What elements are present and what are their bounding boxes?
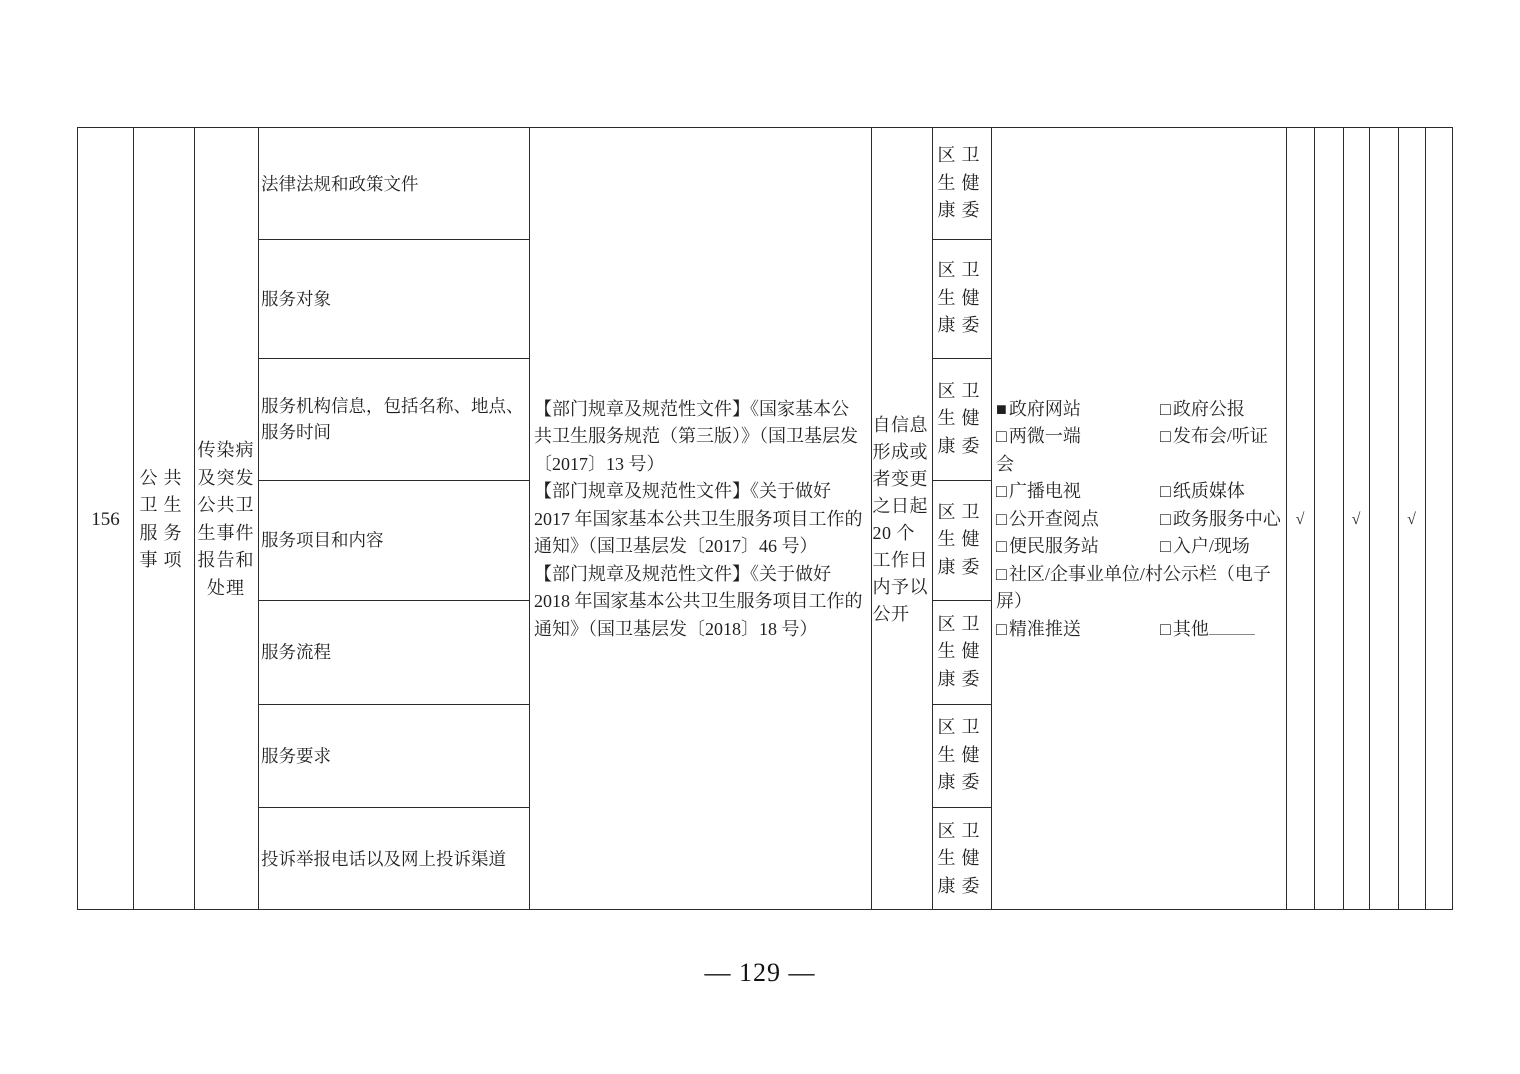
sub-item-label: 服务机构信息，包括名称、地点、服务时间 (261, 393, 528, 445)
channels-row: □精准推送□其他 (996, 616, 1284, 644)
sub-item-cell: 服务对象 (258, 239, 529, 358)
sub-item-cell: 法律法规和政策文件 (258, 128, 529, 239)
sub-item-label: 法律法规和政策文件 (261, 171, 419, 197)
channel-item: □社区/企事业单位/村公示栏（电子屏） (996, 564, 1271, 612)
channel-item: □便民服务站 (996, 533, 1160, 561)
disclosure-timeline-text: 自信息形成或者变更之日起20 个工作日内予以公开 (873, 412, 931, 628)
channel-item: □两微一端 (996, 423, 1160, 451)
channels-row: □两微一端□发布会/听证会 (996, 423, 1284, 478)
channel-label: 政府公报 (1173, 399, 1245, 419)
legal-basis-entry: 【部门规章及规范性文件】《国家基本公共卫生服务规范（第三版）》（国卫基层发〔20… (534, 396, 866, 479)
disclosure-timeline-cell: 自信息形成或者变更之日起20 个工作日内予以公开 (871, 128, 932, 911)
channel-item: □入户/现场 (1160, 536, 1250, 556)
checkbox-checked-icon: ■ (996, 399, 1007, 419)
item-name-cell: 传染病及突发公共卫生事件报告和处理 (194, 128, 258, 911)
checkbox-icon: □ (1160, 509, 1171, 529)
check-column-cell (1314, 128, 1343, 911)
channels-row: □公开查阅点□政务服务中心 (996, 506, 1284, 534)
agency-cell: 区卫生健康委 (932, 239, 991, 358)
legal-basis-entry: 【部门规章及规范性文件】《关于做好2017 年国家基本公共卫生服务项目工作的通知… (534, 478, 866, 561)
channel-item: □广播电视 (996, 478, 1160, 506)
channels-row: □社区/企事业单位/村公示栏（电子屏） (996, 561, 1284, 616)
legal-basis-text: 【部门规章及规范性文件】《国家基本公共卫生服务规范（第三版）》（国卫基层发〔20… (529, 396, 871, 644)
legal-basis-entry: 【部门规章及规范性文件】《关于做好2018 年国家基本公共卫生服务项目工作的通知… (534, 561, 866, 644)
channels-row: □便民服务站□入户/现场 (996, 533, 1284, 561)
category-label: 公共卫生服务事项 (139, 465, 189, 575)
checkmark: √ (1296, 511, 1305, 529)
sub-item-cell: 服务要求 (258, 704, 529, 807)
channel-label: 便民服务站 (1009, 536, 1099, 556)
channel-label: 社区/企事业单位/村公示栏（电子屏） (996, 564, 1271, 612)
sub-item-label: 服务对象 (261, 286, 331, 312)
checkbox-icon: □ (1160, 399, 1171, 419)
channel-item: □纸质媒体 (1160, 481, 1245, 501)
sequence-number: 156 (91, 509, 120, 531)
checkbox-icon: □ (1160, 426, 1171, 446)
channel-item: ■政府网站 (996, 396, 1160, 424)
check-column-cell (1425, 128, 1454, 911)
channel-label: 政府网站 (1009, 399, 1081, 419)
category-cell: 公共卫生服务事项 (133, 128, 194, 911)
agency-cell: 区卫生健康委 (932, 358, 991, 480)
checkbox-icon: □ (1160, 619, 1171, 639)
agency-cell: 区卫生健康委 (932, 128, 991, 239)
legal-basis-cell: 【部门规章及规范性文件】《国家基本公共卫生服务规范（第三版）》（国卫基层发〔20… (529, 128, 871, 911)
channel-label: 精准推送 (1009, 619, 1081, 639)
checkmark: √ (1352, 511, 1361, 529)
document-page: 156 公共卫生服务事项 传染病及突发公共卫生事件报告和处理 法律法规和政策文件… (0, 0, 1520, 1074)
channel-item: □公开查阅点 (996, 506, 1160, 534)
check-column-cell: √ (1286, 128, 1314, 911)
agency-label: 区卫生健康委 (936, 818, 988, 901)
agency-cell: 区卫生健康委 (932, 704, 991, 807)
checkbox-icon: □ (996, 426, 1007, 446)
channels-row: □广播电视□纸质媒体 (996, 478, 1284, 506)
channels-list: ■政府网站□政府公报 □两微一端□发布会/听证会 □广播电视□纸质媒体 □公开查… (991, 396, 1286, 644)
channel-label: 纸质媒体 (1173, 481, 1245, 501)
checkbox-icon: □ (996, 509, 1007, 529)
agency-cell: 区卫生健康委 (932, 807, 991, 911)
agency-label: 区卫生健康委 (936, 257, 988, 340)
agency-label: 区卫生健康委 (936, 714, 988, 797)
checkbox-icon: □ (996, 536, 1007, 556)
channel-item: □政务服务中心 (1160, 509, 1281, 529)
channels-row: ■政府网站□政府公报 (996, 396, 1284, 424)
sub-item-label: 投诉举报电话以及网上投诉渠道 (261, 846, 506, 872)
channel-label: 公开查阅点 (1009, 509, 1099, 529)
checkbox-icon: □ (1160, 481, 1171, 501)
checkbox-icon: □ (1160, 536, 1171, 556)
check-column-cell: √ (1398, 128, 1425, 911)
item-name-label: 传染病及突发公共卫生事件报告和处理 (197, 437, 255, 602)
channel-item: □其他 (1160, 619, 1255, 639)
sub-item-label: 服务要求 (261, 743, 331, 769)
blank-underline (1209, 620, 1255, 635)
page-number: — 129 — (0, 952, 1520, 994)
agency-label: 区卫生健康委 (936, 499, 988, 582)
sequence-number-cell: 156 (78, 128, 133, 911)
agency-label: 区卫生健康委 (936, 378, 988, 461)
channel-label: 政务服务中心 (1173, 509, 1281, 529)
checkbox-icon: □ (996, 619, 1007, 639)
agency-cell: 区卫生健康委 (932, 600, 991, 704)
channel-label: 入户/现场 (1173, 536, 1250, 556)
channel-label: 两微一端 (1009, 426, 1081, 446)
channel-label: 广播电视 (1009, 481, 1081, 501)
channels-cell: ■政府网站□政府公报 □两微一端□发布会/听证会 □广播电视□纸质媒体 □公开查… (991, 128, 1286, 911)
sub-item-cell: 服务流程 (258, 600, 529, 704)
sub-item-cell: 服务项目和内容 (258, 480, 529, 600)
checkbox-icon: □ (996, 481, 1007, 501)
check-column-cell: √ (1343, 128, 1369, 911)
channel-item: □政府公报 (1160, 399, 1245, 419)
disclosure-table: 156 公共卫生服务事项 传染病及突发公共卫生事件报告和处理 法律法规和政策文件… (77, 127, 1453, 910)
checkmark: √ (1407, 511, 1416, 529)
channel-label: 其他 (1173, 619, 1209, 639)
agency-label: 区卫生健康委 (936, 611, 988, 694)
checkbox-icon: □ (996, 564, 1007, 584)
check-column-cell (1369, 128, 1398, 911)
agency-label: 区卫生健康委 (936, 142, 988, 225)
sub-item-cell: 投诉举报电话以及网上投诉渠道 (258, 807, 529, 911)
channel-item: □精准推送 (996, 616, 1160, 644)
sub-item-label: 服务流程 (261, 639, 331, 665)
sub-item-label: 服务项目和内容 (261, 527, 384, 553)
sub-item-cell: 服务机构信息，包括名称、地点、服务时间 (258, 358, 529, 480)
agency-cell: 区卫生健康委 (932, 480, 991, 600)
